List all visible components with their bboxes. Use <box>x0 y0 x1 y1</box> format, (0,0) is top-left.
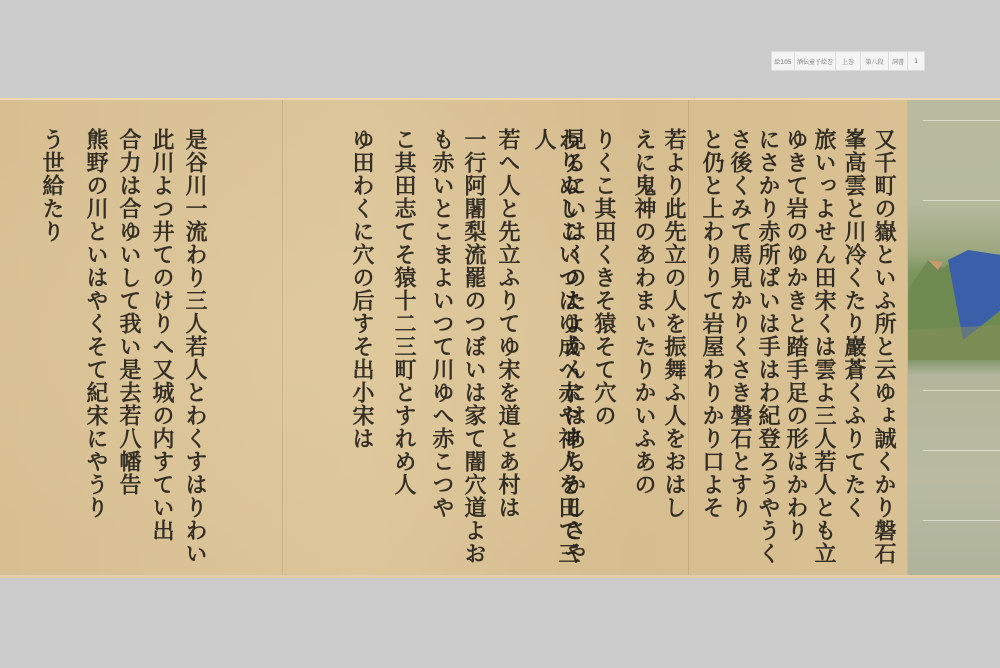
text-column: 是谷川一流わり三人若人とわくすはりわい <box>183 128 207 565</box>
cloud-band <box>923 520 1000 521</box>
calligraphy-paper: 又千町の嶽といふ所と云ゆょ誠くかり磐石 峯高雲と川冷くたり巖蒼くふりてたく 旅い… <box>0 100 907 575</box>
text-column: ゆきて岩のゆかきと踏手足の形はかわり <box>784 128 808 542</box>
label-section: 第八段 <box>861 52 889 70</box>
cloud-band <box>923 390 1000 391</box>
text-column: も赤いとこまよいつて川ゆへ赤こつや <box>430 128 454 519</box>
text-column: 旅いっよせん田宋くは雲よ三人若人とも立 <box>812 128 836 565</box>
mountain-icon <box>908 250 1000 360</box>
text-column: りくこ其田くきそ猿そて穴の <box>592 128 616 427</box>
text-column: と仍と上わりりて岩屋わりかり口よそ <box>700 128 724 519</box>
text-column: 峯高雲と川冷くたり巖蒼くふりてたく <box>842 128 866 519</box>
label-item-number: 絵105 <box>772 52 795 70</box>
cloud-band <box>923 450 1000 451</box>
paper-seam <box>282 100 283 575</box>
text-column: さ後くみて馬見かりくさき磐石とすり <box>728 128 752 519</box>
text-column: ゆ田わくに穴の后すそ出小宋は <box>350 128 374 450</box>
text-column: 若へ人と先立ふりてゆ宋を道とあ村は <box>496 128 520 519</box>
handscroll-viewer[interactable]: 又千町の嶽といふ所と云ゆょ誠くかり磐石 峯高雲と川冷くたり巖蒼くふりてたく 旅い… <box>0 98 1000 578</box>
text-column: 熊野の川といはやくそて紀宋にやうり <box>84 128 108 519</box>
label-volume: 上巻 <box>836 52 861 70</box>
paper-seam <box>688 100 689 575</box>
text-column: 一行阿闍梨流罷のつぼいは家て闇穴道よお <box>462 128 486 565</box>
catalog-label: 絵105 酒伝童子絵巻 上巻 第八段 詞書 1 <box>771 51 925 71</box>
painted-landscape-section <box>907 100 1000 575</box>
text-column: う世給たり <box>40 128 64 243</box>
text-column: こ其田志てそ猿十二三町とすれめ人 <box>392 128 416 496</box>
text-column: わりぬしこいつはゆ成へ赤や神人を田て三人 <box>532 128 580 575</box>
cloud-band <box>923 200 1000 201</box>
text-column: 若より此先立の人を振舞ふ人をおはし <box>662 128 686 519</box>
text-column: 合力は合ゆいして我い是去若八幡告 <box>117 128 141 496</box>
label-type: 詞書 <box>889 52 908 70</box>
text-column: 又千町の嶽といふ所と云ゆょ誠くかり磐石 <box>872 128 896 565</box>
cloud-band <box>923 120 1000 121</box>
text-column: にさかり赤所ぱいは手はわ紀登ろうやうく <box>756 128 780 565</box>
text-column: 此川よつ井てのけりへ又城の内すてい出 <box>150 128 174 542</box>
text-column: えに鬼神のあわまいたりかいふあの <box>632 128 656 496</box>
label-work-title: 酒伝童子絵巻 <box>795 52 836 70</box>
label-page: 1 <box>908 52 924 70</box>
